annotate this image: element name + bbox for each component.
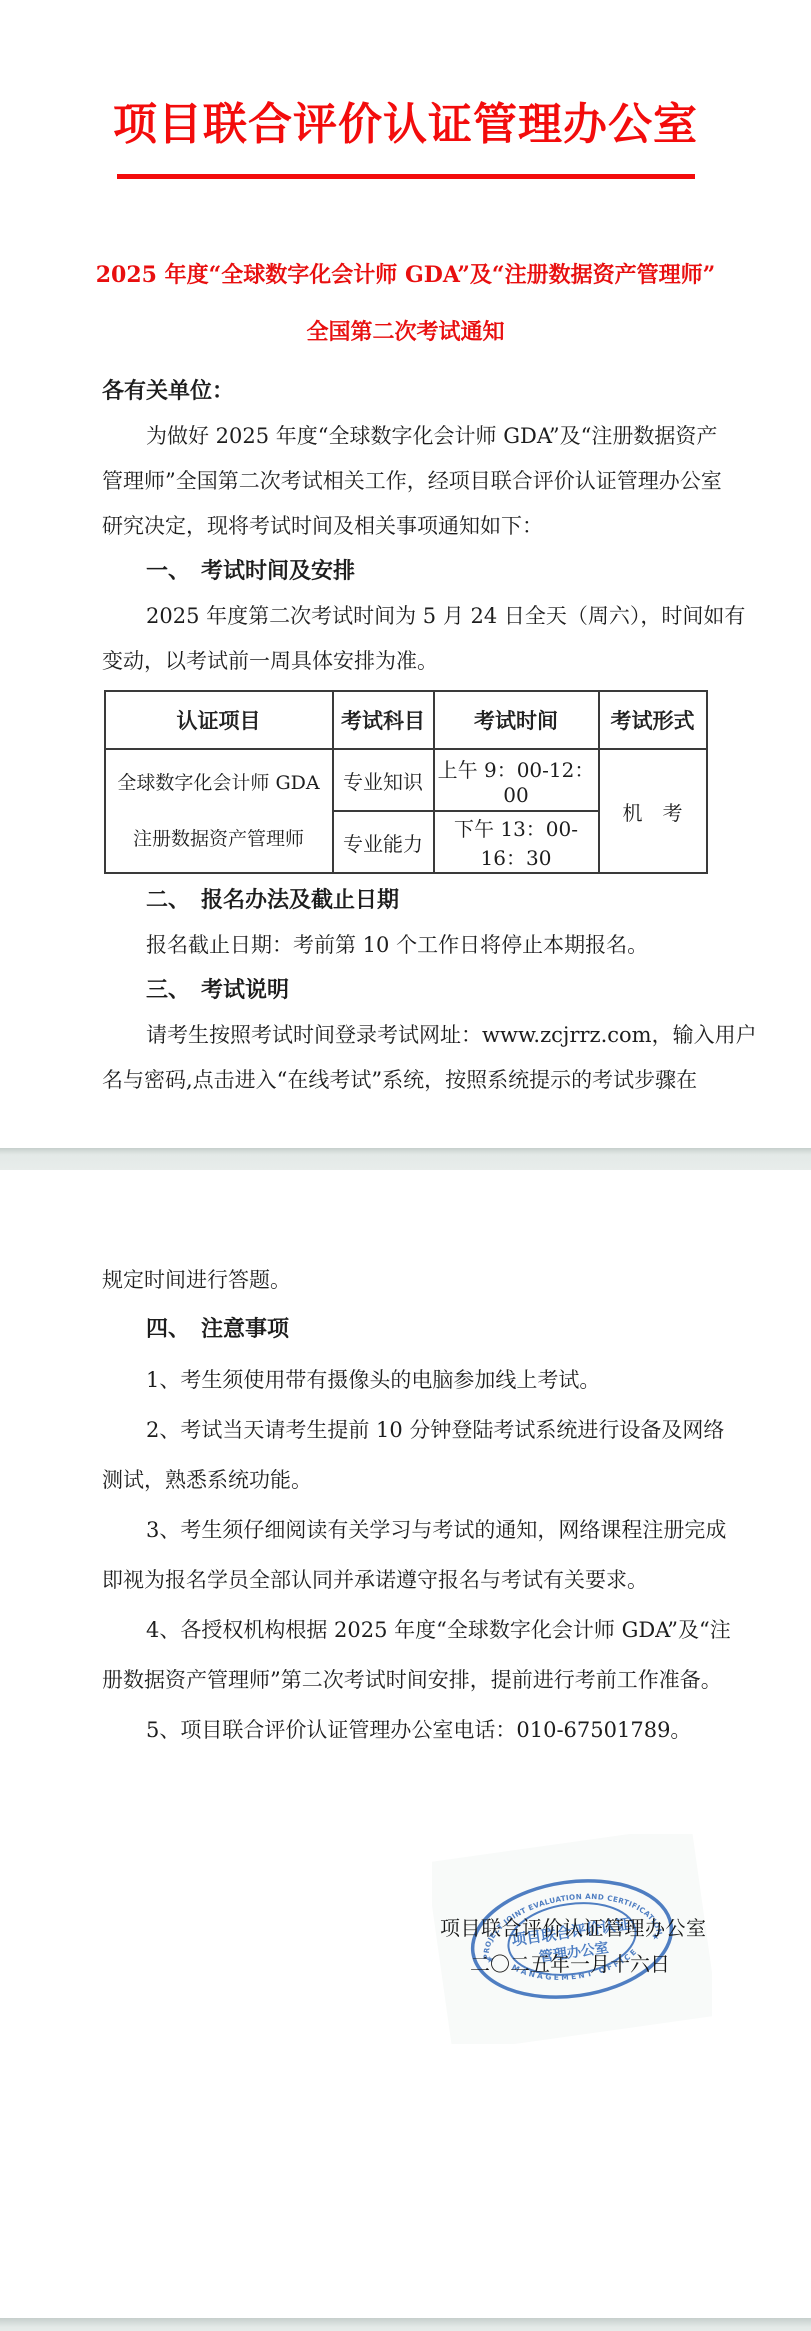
time-cell: 上午 9：00-12：00: [434, 749, 599, 811]
signature-org: 项目联合评价认证管理办公室: [440, 1912, 707, 1941]
subject-cell: 专业能力: [333, 811, 434, 873]
page-separator-bottom: [0, 2318, 811, 2331]
notice-subtitle: 2025 年度“全球数字化会计师 GDA”及“注册数据资产管理师” 全国第二次考…: [0, 247, 811, 361]
para-line: 规定时间进行答题。: [102, 1255, 709, 1305]
para-line: 研究决定，现将考试时间及相关事项通知如下：: [102, 504, 709, 549]
para-line: 5、项目联合评价认证管理办公室电话：010-67501789。: [102, 1705, 709, 1755]
program-data-asset: 注册数据资产管理师: [106, 811, 332, 867]
program-gda: 全球数字化会计师 GDA: [106, 755, 332, 811]
format-cell: 机 考: [599, 749, 707, 873]
page-2: 规定时间进行答题。 四、 注意事项 1、考生须使用带有摄像头的电脑参加线上考试。…: [0, 1170, 811, 2318]
table-header-row: 认证项目 考试科目 考试时间 考试形式: [105, 691, 707, 749]
para-line: 管理师”全国第二次考试相关工作，经项目联合评价认证管理办公室: [102, 459, 709, 504]
para-line: 请考生按照考试时间登录考试网址：www.zcjrrz.com，输入用户: [102, 1013, 709, 1058]
section-heading-3: 三、 考试说明: [102, 968, 709, 1013]
table-row: 全球数字化会计师 GDA 注册数据资产管理师 专业知识 上午 9：00-12：0…: [105, 749, 707, 811]
table-header-subject: 考试科目: [333, 691, 434, 749]
para-line: 2、考试当天请考生提前 10 分钟登陆考试系统进行设备及网络: [102, 1405, 709, 1455]
org-title: 项目联合评价认证管理办公室: [0, 0, 811, 154]
para-line: 变动，以考试前一周具体安排为准。: [102, 639, 709, 684]
para-line: 报名截止日期：考前第 10 个工作日将停止本期报名。: [102, 923, 709, 968]
para-line: 1、考生须使用带有摄像头的电脑参加线上考试。: [102, 1355, 709, 1405]
section-heading-2: 二、 报名办法及截止日期: [102, 878, 709, 923]
table-header-format: 考试形式: [599, 691, 707, 749]
para-line: 名与密码,点击进入“在线考试”系统，按照系统提示的考试步骤在: [102, 1058, 709, 1103]
time-cell: 下午 13：00-16：30: [434, 811, 599, 873]
para-line: 即视为报名学员全部认同并承诺遵守报名与考试有关要求。: [102, 1555, 709, 1605]
subtitle-line-1: 2025 年度“全球数字化会计师 GDA”及“注册数据资产管理师”: [0, 247, 811, 304]
para-line: 册数据资产管理师”第二次考试时间安排，提前进行考前工作准备。: [102, 1655, 709, 1705]
para-line: 2025 年度第二次考试时间为 5 月 24 日全天（周六），时间如有: [102, 594, 709, 639]
notice-document: 项目联合评价认证管理办公室 2025 年度“全球数字化会计师 GDA”及“注册数…: [0, 0, 811, 2331]
para-line: 测试，熟悉系统功能。: [102, 1455, 709, 1505]
page2-body: 规定时间进行答题。 四、 注意事项 1、考生须使用带有摄像头的电脑参加线上考试。…: [0, 1170, 811, 1755]
exam-schedule-table: 认证项目 考试科目 考试时间 考试形式 全球数字化会计师 GDA 注册数据资产管…: [104, 690, 708, 874]
subject-cell: 专业知识: [333, 749, 434, 811]
title-rule: [117, 174, 695, 179]
section-heading-4: 四、 注意事项: [102, 1305, 709, 1355]
program-cell: 全球数字化会计师 GDA 注册数据资产管理师: [105, 749, 333, 873]
signature-date: 二〇二五年一月十六日: [470, 1948, 670, 1977]
page-1: 项目联合评价认证管理办公室 2025 年度“全球数字化会计师 GDA”及“注册数…: [0, 0, 811, 1148]
salutation: 各有关单位：: [102, 369, 709, 414]
page1-body: 各有关单位： 为做好 2025 年度“全球数字化会计师 GDA”及“注册数据资产…: [0, 369, 811, 1103]
para-line: 3、考生须仔细阅读有关学习与考试的通知，网络课程注册完成: [102, 1505, 709, 1555]
para-line: 4、各授权机构根据 2025 年度“全球数字化会计师 GDA”及“注: [102, 1605, 709, 1655]
section-heading-1: 一、 考试时间及安排: [102, 549, 709, 594]
para-line: 为做好 2025 年度“全球数字化会计师 GDA”及“注册数据资产: [102, 414, 709, 459]
subtitle-line-2: 全国第二次考试通知: [0, 304, 811, 361]
table-header-program: 认证项目: [105, 691, 333, 749]
table-header-time: 考试时间: [434, 691, 599, 749]
page-separator: [0, 1148, 811, 1170]
